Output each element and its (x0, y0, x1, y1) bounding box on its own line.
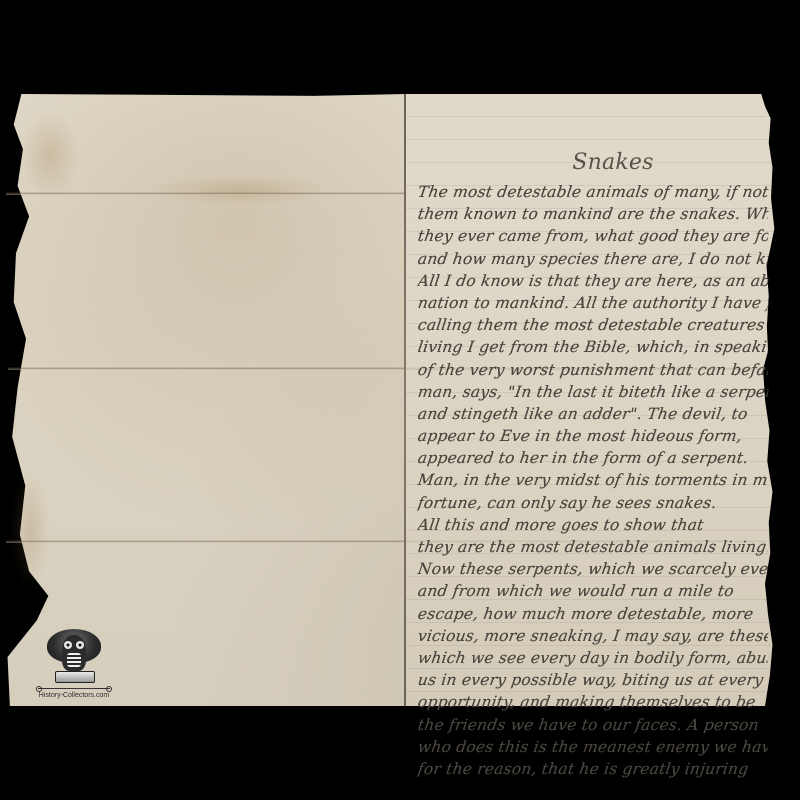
watermark: History-Collectors.com (34, 625, 114, 699)
letter-line: All this and more goes to show that (416, 514, 769, 536)
letter-line: them known to mankind are the snakes. Wh… (416, 203, 769, 225)
letter-line: Now these serpents, which we scarcely ev… (416, 558, 769, 580)
handwritten-letter: Snakes The most detestable animals of ma… (418, 148, 768, 780)
letter-line: The most detestable animals of many, if … (416, 181, 769, 203)
letter-line: man, says, "In the last it biteth like a… (416, 381, 769, 403)
letter-line: which we see every day in bodily form, a… (416, 647, 769, 669)
center-fold-spine (404, 94, 406, 706)
letter-line: nation to mankind. All the authority I h… (416, 292, 769, 314)
letter-line: fortune, can only say he sees snakes. (416, 492, 769, 514)
fold-crease (6, 540, 406, 543)
letter-line: us in every possible way, biting us at e… (416, 669, 769, 691)
stain (150, 175, 330, 205)
letter-line: escape, how much more detestable, more (416, 603, 769, 625)
document-photo: Snakes The most detestable animals of ma… (0, 0, 800, 800)
watermark-rule (38, 688, 110, 689)
letter-line: living I get from the Bible, which, in s… (416, 336, 769, 358)
watermark-text: History-Collectors.com (34, 692, 114, 699)
letter-line: appear to Eve in the most hideous form, (416, 425, 769, 447)
stain (20, 110, 80, 200)
letter-line: and from which we would run a mile to (416, 580, 769, 602)
letter-line: vicious, more sneaking, I may say, are t… (416, 625, 769, 647)
letter-body: The most detestable animals of many, if … (418, 181, 768, 780)
letter-line: they ever came from, what good they are … (416, 225, 769, 247)
letter-title: Snakes (458, 148, 768, 178)
letter-line: they are the most detestable animals liv… (416, 536, 769, 558)
letter-line: for the reason, that he is greatly injur… (416, 758, 769, 780)
letter-line: and how many species there are, I do not… (416, 248, 769, 270)
letter-line: All I do know is that they are here, as … (416, 270, 769, 292)
owl-on-book-icon (47, 625, 101, 685)
letter-line: and stingeth like an adder". The devil, … (416, 403, 769, 425)
letter-line: of the very worst punishment that can be… (416, 359, 769, 381)
fold-crease (8, 367, 406, 370)
letter-line: opportunity, and making themselves to be (416, 691, 769, 713)
letter-line: the friends we have to our faces. A pers… (416, 714, 769, 736)
stain (10, 470, 50, 590)
letter-line: who does this is the meanest enemy we ha… (416, 736, 769, 758)
letter-line: Man, in the very midst of his torments i… (416, 469, 769, 491)
letter-line: appeared to her in the form of a serpent… (416, 447, 769, 469)
letter-line: calling them the most detestable creatur… (416, 314, 769, 336)
fold-crease (6, 192, 406, 195)
